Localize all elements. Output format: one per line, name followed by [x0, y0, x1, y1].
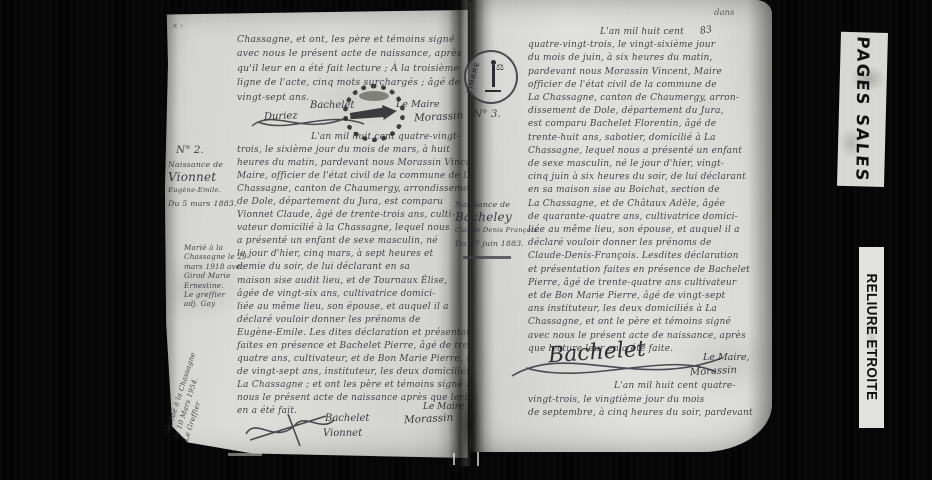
page-edge-highlight [228, 453, 262, 456]
mayor-title-bottom: Le Maire [423, 402, 464, 412]
act-3-body-text: L'an mil huit centquatre-vingt-trois, le… [528, 26, 772, 356]
pencil-note-dans: dans [714, 8, 734, 18]
label-pages-sales: PAGES SALES [837, 32, 888, 187]
handwritten-line: quatre-vingt-trois, le vingt-sixième jou… [528, 39, 772, 52]
margin-title-line: Vionnet [168, 171, 234, 184]
page-edge-highlight [477, 452, 479, 466]
handwritten-line: Maire, officier de l'état civil de la co… [237, 170, 467, 183]
page-edge-highlight [453, 453, 455, 465]
stamp-arc [359, 91, 389, 101]
handwritten-line: trente-huit ans, sabotier, domicilié à L… [528, 132, 772, 145]
handwritten-line: Chassagne, lequel nous a présenté un enf… [528, 145, 772, 158]
next-act-opening-text: L'an mil huit cent quatre-vingt-trois, l… [528, 380, 772, 421]
margin-note-underline [463, 256, 511, 259]
handwritten-line: du mois de juin, à six heures du matin, [528, 52, 772, 65]
handwritten-line: liée au même lieu, son épouse, et auquel… [237, 301, 467, 314]
margin-title-line: Du 27 juin 1883. [455, 237, 527, 250]
signature-duriez: Duriez [264, 110, 298, 122]
handwritten-line: Chassagne, canton de Chaumergy, arrondis… [237, 183, 467, 196]
handwritten-line: Pierre, âgé de trente-quatre ans cultiva… [528, 277, 772, 290]
handwritten-line: faites en présence et Bachelet Pierre, â… [237, 340, 467, 353]
handwritten-line: Vionnet Claude, âgé de trente-trois ans,… [237, 209, 467, 222]
handwritten-line: trois, le sixième jour du mois de mars, … [237, 144, 467, 157]
microfilm-scan: × › Chassagne, et ont, les père et témoi… [0, 0, 932, 480]
handwritten-line: vateur domicilié à la Chassagne, lequel … [237, 222, 467, 235]
handwritten-line: Chassagne, et ont, les père et témoins s… [237, 33, 465, 47]
handwritten-line: déclaré vouloir donner les prénoms de [528, 237, 772, 250]
margin-title-line: Eugène-Emile. [168, 184, 234, 197]
handwritten-line: qu'il leur en a été fait lecture ; À la … [237, 62, 465, 76]
handwritten-line: demie du soir, de lui déclarant en sa [237, 261, 467, 274]
handwritten-line: vingt-trois, le vingtième jour du mois [528, 394, 772, 408]
act-number-3: N° 3. [473, 108, 501, 120]
handwritten-line: liée au même lieu, son épouse, et auquel… [528, 224, 772, 237]
margin-title-line: Claude Denis François. [455, 224, 527, 237]
handwritten-line: L'an mil huit cent quatre-vingt- [237, 131, 467, 144]
handwritten-line: L'an mil huit cent quatre- [528, 380, 772, 394]
handwritten-line: et de Bon Marie Pierre, âgé de vingt-sep… [528, 290, 772, 303]
handwritten-line: quatre ans, cultivateur, et de Bon Marie… [237, 353, 467, 366]
timbre-stamp-text: TIMBRE [466, 61, 482, 95]
signature-mayor-right: Morassin [690, 365, 737, 378]
scales-icon: ⚖ [496, 63, 504, 73]
handwritten-line: Eugène-Emile. Les dites déclaration et p… [237, 327, 467, 340]
handwritten-line: a présenté un enfant de sexe masculin, n… [237, 235, 467, 248]
signature-bachelet-bottom: Bachelet [325, 413, 369, 424]
act-number-2: N° 2. [176, 144, 204, 156]
handwritten-line: et présentation faites en présence de Ba… [528, 264, 772, 277]
handwritten-line: avec nous le présent acte de naissance, … [237, 47, 465, 61]
handwritten-line: de septembre, à cinq heures du soir, par… [528, 407, 772, 421]
handwritten-line: dissement de Dole, département du Jura, [528, 105, 772, 118]
handwritten-line: Claude-Denis-François. Lesdites déclarat… [528, 250, 772, 263]
margin-title-line: Bacheley [455, 211, 527, 224]
handwritten-line: en sa maison sise au Boichat, section de [528, 184, 772, 197]
handwritten-line: Chassagne, et ont le père et témoins sig… [528, 316, 772, 329]
signature-vionnet: Vionnet [323, 428, 362, 439]
act-2-body-text: L'an mil huit cent quatre-vingt-trois, l… [237, 131, 467, 418]
label-reliure-etroite: RELIURE ETROITE [859, 247, 884, 428]
signature-mayor-top: Morassin [414, 110, 464, 125]
handwritten-line: heures du matin, pardevant nous Morassin… [237, 157, 467, 170]
handwritten-line: de quarante-quatre ans, cultivatrice dom… [528, 211, 772, 224]
handwritten-line: La Chassagne ; et ont les père et témoin… [237, 379, 467, 392]
handwritten-line: de vingt-sept ans, instituteur, les deux… [237, 366, 467, 379]
birth-margin-note-left: Naissance deVionnetEugène-Emile.Du 5 mar… [168, 158, 234, 210]
handwritten-line: avec nous le présent acte de naissance, … [528, 330, 772, 343]
handwritten-line: âgée de vingt-six ans, cultivatrice domi… [237, 288, 467, 301]
margin-title-line: Du 5 mars 1883. [168, 197, 234, 210]
corner-pencil-marks: × › [172, 22, 183, 30]
handwritten-line: de Dole, département du Jura, est compar… [237, 196, 467, 209]
handwritten-line: déclaré vouloir donner les prénoms de [237, 314, 467, 327]
birth-margin-note-right: Naissance deBacheleyClaude Denis Françoi… [455, 198, 527, 250]
label-pages-sales-text: PAGES SALES [852, 36, 872, 184]
handwritten-line: La Chassagne, canton de Chaumergy, arron… [528, 92, 772, 105]
mayor-title-right: Le Maire, [703, 352, 750, 363]
signature-mayor-bottom: Morassin [404, 412, 454, 427]
justice-figure-icon [492, 65, 495, 87]
handwritten-line: le jour d'hier, cinq mars, à sept heures… [237, 248, 467, 261]
handwritten-line: de sexe masculin, né le jour d'hier, vin… [528, 158, 772, 171]
handwritten-line: La Chassagne, et de Châtaux Adèle, âgée [528, 198, 772, 211]
handwritten-line: pardevant nous Morassin Vincent, Maire [528, 66, 772, 79]
handwritten-line: ans instituteur, les deux domiciliés à L… [528, 303, 772, 316]
handwritten-line: officier de l'état civil de la commune d… [528, 79, 772, 92]
timbre-stamp: TIMBRE ⚖ [464, 50, 518, 104]
handwritten-line: est comparu Bachelet Florentin, âgé de [528, 118, 772, 131]
handwritten-line: cinq juin à six heures du soir, de lui d… [528, 171, 772, 184]
stamp-base-line [485, 90, 501, 92]
handwritten-line: maison sise audit lieu, et de Tournaux É… [237, 275, 467, 288]
handwritten-line: L'an mil huit cent [528, 26, 772, 39]
label-reliure-etroite-text: RELIURE ETROITE [864, 274, 880, 401]
